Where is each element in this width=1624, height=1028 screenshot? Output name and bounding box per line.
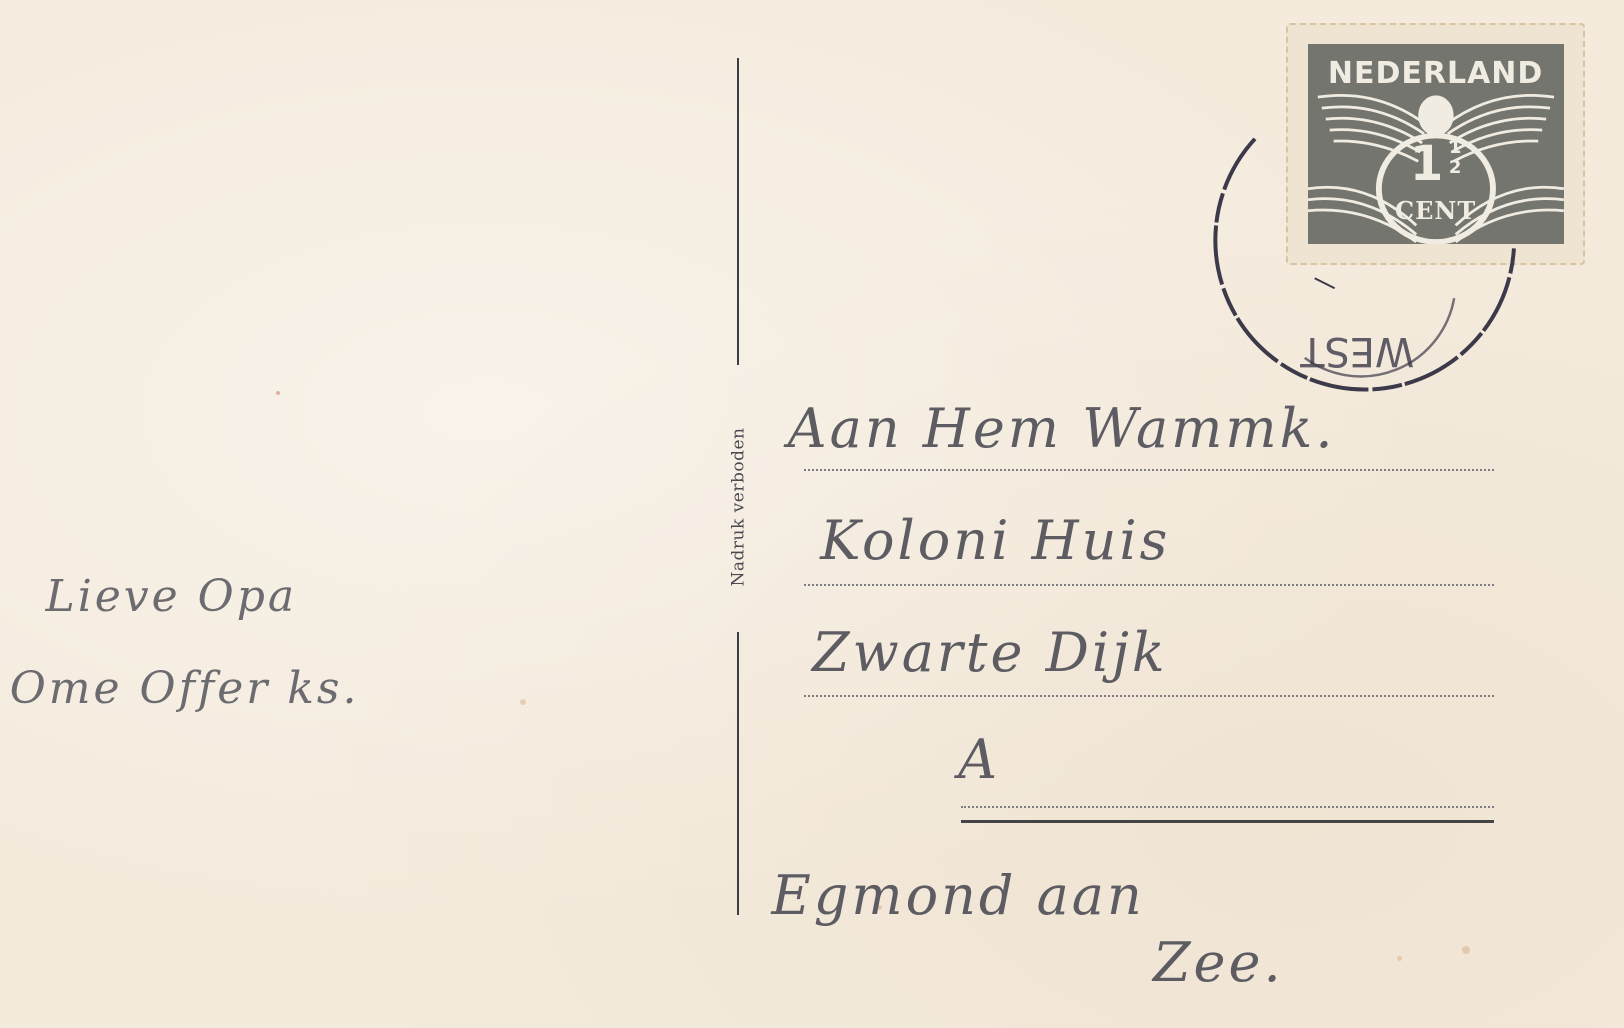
paper-stain bbox=[520, 699, 526, 705]
address-line-1 bbox=[804, 469, 1494, 471]
postcard-address-side: Nadruk verboden Lieve Opa Ome Offer ks. … bbox=[0, 0, 1624, 1028]
paper-stain bbox=[1397, 956, 1402, 961]
paper-stain bbox=[276, 391, 280, 395]
address-institution: Koloni Huis bbox=[820, 509, 1170, 572]
address-line-2 bbox=[804, 584, 1494, 586]
center-divider-bottom bbox=[737, 632, 739, 915]
center-divider-top bbox=[737, 58, 739, 365]
stamp-value-fraction: 1 2 bbox=[1449, 138, 1462, 178]
postage-stamp: NEDERLAND 1 1 2 bbox=[1286, 23, 1585, 266]
stamp-unit: CENT bbox=[1308, 196, 1564, 225]
stamp-country: NEDERLAND bbox=[1308, 56, 1564, 91]
postmark-text: WEST bbox=[1299, 328, 1414, 374]
message-line-1: Lieve Opa bbox=[45, 571, 297, 622]
paper-stain bbox=[1462, 946, 1470, 954]
message-line-2: Ome Offer ks. bbox=[10, 663, 360, 714]
stamp-value-whole: 1 bbox=[1410, 136, 1443, 192]
address-line-3 bbox=[804, 695, 1494, 697]
imprint-label: Nadruk verboden bbox=[728, 428, 748, 587]
address-underline bbox=[961, 820, 1494, 823]
fraction-denominator: 2 bbox=[1449, 157, 1462, 178]
stamp-face: NEDERLAND 1 1 2 bbox=[1308, 44, 1564, 244]
stamp-value: 1 1 2 bbox=[1308, 136, 1564, 192]
imprint-text: Nadruk verboden bbox=[708, 382, 768, 632]
address-line-4 bbox=[961, 806, 1494, 808]
fraction-numerator: 1 bbox=[1449, 137, 1462, 158]
address-house-number: A bbox=[958, 728, 1000, 791]
address-street: Zwarte Dijk bbox=[812, 621, 1168, 684]
address-city-line-1: Egmond aan bbox=[771, 864, 1144, 927]
address-recipient: Aan Hem Wammk. bbox=[788, 397, 1336, 460]
address-city-line-2: Zee. bbox=[1153, 931, 1284, 994]
